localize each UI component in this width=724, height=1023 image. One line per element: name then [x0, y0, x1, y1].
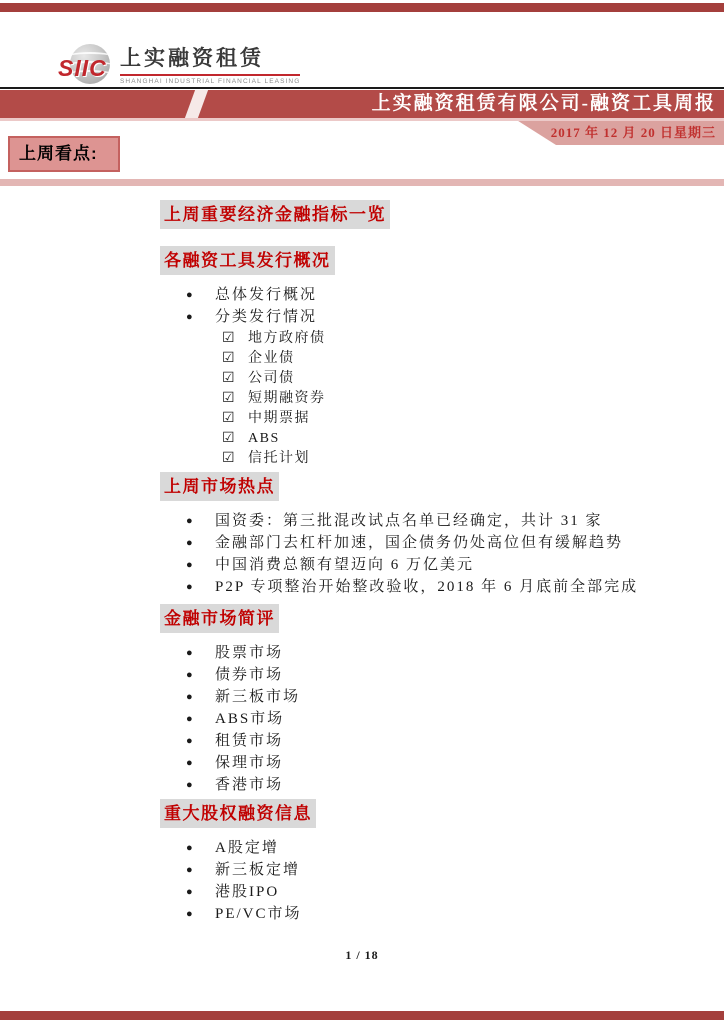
- toc-item-label: 总体发行概况: [215, 287, 317, 303]
- toc-bullet-item: ●金融部门去杠杆加速，国企债务仍处高位但有缓解趋势: [160, 532, 700, 554]
- highlights-label: 上周看点:: [10, 138, 118, 170]
- toc-bullet-item: ●A股定增: [160, 837, 700, 859]
- bullet-icon: ●: [186, 774, 215, 796]
- bullet-icon: ●: [186, 752, 215, 774]
- toc-bullet-item: ●租赁市场: [160, 730, 700, 752]
- checkbox-checked-icon: ☑: [222, 348, 248, 368]
- checkbox-checked-icon: ☑: [222, 368, 248, 388]
- section-heading: 金融市场简评: [160, 604, 700, 633]
- toc-check-label: 公司债: [248, 371, 295, 386]
- section-heading: 各融资工具发行概况: [160, 246, 700, 275]
- toc-item-label: 金融部门去杠杆加速，国企债务仍处高位但有缓解趋势: [215, 535, 623, 551]
- toc-bullet-item: ●分类发行情况: [160, 306, 700, 328]
- checkbox-checked-icon: ☑: [222, 328, 248, 348]
- toc-check-item: ☑短期融资券: [160, 388, 700, 408]
- toc-check-item: ☑企业债: [160, 348, 700, 368]
- section-heading-text: 重大股权融资信息: [160, 799, 316, 828]
- toc-item-label: ABS市场: [215, 711, 284, 727]
- toc-check-item: ☑ABS: [160, 428, 700, 448]
- siic-logo-text: SIIC: [58, 55, 107, 82]
- checkbox-checked-icon: ☑: [222, 448, 248, 468]
- toc-bullet-item: ●PE/VC市场: [160, 903, 700, 925]
- section-heading-text: 上周重要经济金融指标一览: [160, 200, 390, 229]
- section-heading-text: 上周市场热点: [160, 472, 279, 501]
- report-cover-page: SIIC 上实融资租赁 SHANGHAI INDUSTRIAL FINANCIA…: [0, 0, 724, 1023]
- section-heading: 上周市场热点: [160, 472, 700, 501]
- bullet-icon: ●: [186, 664, 215, 686]
- toc-check-label: 中期票据: [248, 411, 310, 426]
- company-logo: SIIC 上实融资租赁 SHANGHAI INDUSTRIAL FINANCIA…: [58, 40, 298, 86]
- company-name-cn: 上实融资租赁: [120, 42, 300, 72]
- toc-item-label: 新三板市场: [215, 689, 300, 705]
- report-title-banner: 上实融资租赁有限公司-融资工具周报: [0, 90, 724, 118]
- toc-check-label: ABS: [248, 431, 280, 446]
- toc-check-item: ☑公司债: [160, 368, 700, 388]
- toc-bullet-item: ●新三板定增: [160, 859, 700, 881]
- checkbox-checked-icon: ☑: [222, 388, 248, 408]
- toc-item-label: 港股IPO: [215, 884, 279, 900]
- toc-bullet-item: ●债券市场: [160, 664, 700, 686]
- banner-underline-strip: [0, 118, 724, 121]
- bullet-icon: ●: [186, 284, 215, 306]
- bullet-icon: ●: [186, 532, 215, 554]
- toc-bullet-item: ●ABS市场: [160, 708, 700, 730]
- toc-item-label: 香港市场: [215, 777, 283, 793]
- toc-bullet-item: ●保理市场: [160, 752, 700, 774]
- banner-slash-decoration: [185, 90, 208, 118]
- bullet-icon: ●: [186, 903, 215, 925]
- toc-item-label: 中国消费总额有望迈向 6 万亿美元: [215, 557, 474, 573]
- toc-bullet-item: ●港股IPO: [160, 881, 700, 903]
- bullet-icon: ●: [186, 642, 215, 664]
- bullet-icon: ●: [186, 837, 215, 859]
- toc-bullet-item: ●股票市场: [160, 642, 700, 664]
- section-heading-text: 各融资工具发行概况: [160, 246, 335, 275]
- date-strip: 2017 年 12 月 20 日星期三: [514, 121, 724, 145]
- section-heading: 重大股权融资信息: [160, 799, 700, 828]
- bullet-icon: ●: [186, 510, 215, 532]
- toc-item-label: 国资委：第三批混改试点名单已经确定，共计 31 家: [215, 513, 603, 529]
- toc-check-item: ☑信托计划: [160, 448, 700, 468]
- report-title: 上实融资租赁有限公司-融资工具周报: [372, 90, 716, 118]
- toc-bullet-item: ●中国消费总额有望迈向 6 万亿美元: [160, 554, 700, 576]
- checkbox-checked-icon: ☑: [222, 428, 248, 448]
- logo-red-underline: [120, 74, 300, 76]
- bullet-icon: ●: [186, 306, 215, 328]
- bullet-icon: ●: [186, 708, 215, 730]
- bullet-icon: ●: [186, 730, 215, 752]
- toc-check-label: 企业债: [248, 351, 295, 366]
- toc-item-label: 新三板定增: [215, 862, 300, 878]
- toc-check-item: ☑地方政府债: [160, 328, 700, 348]
- toc-content: 上周重要经济金融指标一览各融资工具发行概况●总体发行概况●分类发行情况☑地方政府…: [160, 200, 700, 925]
- page-number: 1 / 18: [0, 948, 724, 963]
- section-heading: 上周重要经济金融指标一览: [160, 200, 700, 229]
- bullet-icon: ●: [186, 859, 215, 881]
- toc-item-label: 债券市场: [215, 667, 283, 683]
- pink-divider-strip: [0, 179, 724, 186]
- bottom-border-bar: [0, 1011, 724, 1020]
- toc-item-label: 股票市场: [215, 645, 283, 661]
- toc-item-label: P2P 专项整治开始整改验收，2018 年 6 月底前全部完成: [215, 579, 638, 595]
- toc-item-label: PE/VC市场: [215, 906, 302, 922]
- toc-check-label: 短期融资券: [248, 391, 326, 406]
- toc-bullet-item: ●国资委：第三批混改试点名单已经确定，共计 31 家: [160, 510, 700, 532]
- toc-item-label: A股定增: [215, 840, 279, 856]
- top-border-bar: [0, 3, 724, 12]
- toc-bullet-item: ●新三板市场: [160, 686, 700, 708]
- bullet-icon: ●: [186, 686, 215, 708]
- highlights-label-box: 上周看点:: [8, 136, 120, 172]
- report-date: 2017 年 12 月 20 日星期三: [551, 121, 716, 145]
- toc-bullet-item: ●P2P 专项整治开始整改验收，2018 年 6 月底前全部完成: [160, 576, 700, 598]
- toc-item-label: 分类发行情况: [215, 309, 317, 325]
- toc-bullet-item: ●总体发行概况: [160, 284, 700, 306]
- black-rule: [0, 87, 724, 89]
- bullet-icon: ●: [186, 881, 215, 903]
- company-name-en: SHANGHAI INDUSTRIAL FINANCIAL LEASING: [120, 78, 300, 85]
- logo-name-block: 上实融资租赁 SHANGHAI INDUSTRIAL FINANCIAL LEA…: [120, 42, 300, 85]
- bullet-icon: ●: [186, 554, 215, 576]
- toc-check-label: 信托计划: [248, 451, 310, 466]
- toc-check-item: ☑中期票据: [160, 408, 700, 428]
- toc-bullet-item: ●香港市场: [160, 774, 700, 796]
- checkbox-checked-icon: ☑: [222, 408, 248, 428]
- bullet-icon: ●: [186, 576, 215, 598]
- section-heading-text: 金融市场简评: [160, 604, 279, 633]
- toc-check-label: 地方政府债: [248, 331, 326, 346]
- toc-item-label: 保理市场: [215, 755, 283, 771]
- toc-item-label: 租赁市场: [215, 733, 283, 749]
